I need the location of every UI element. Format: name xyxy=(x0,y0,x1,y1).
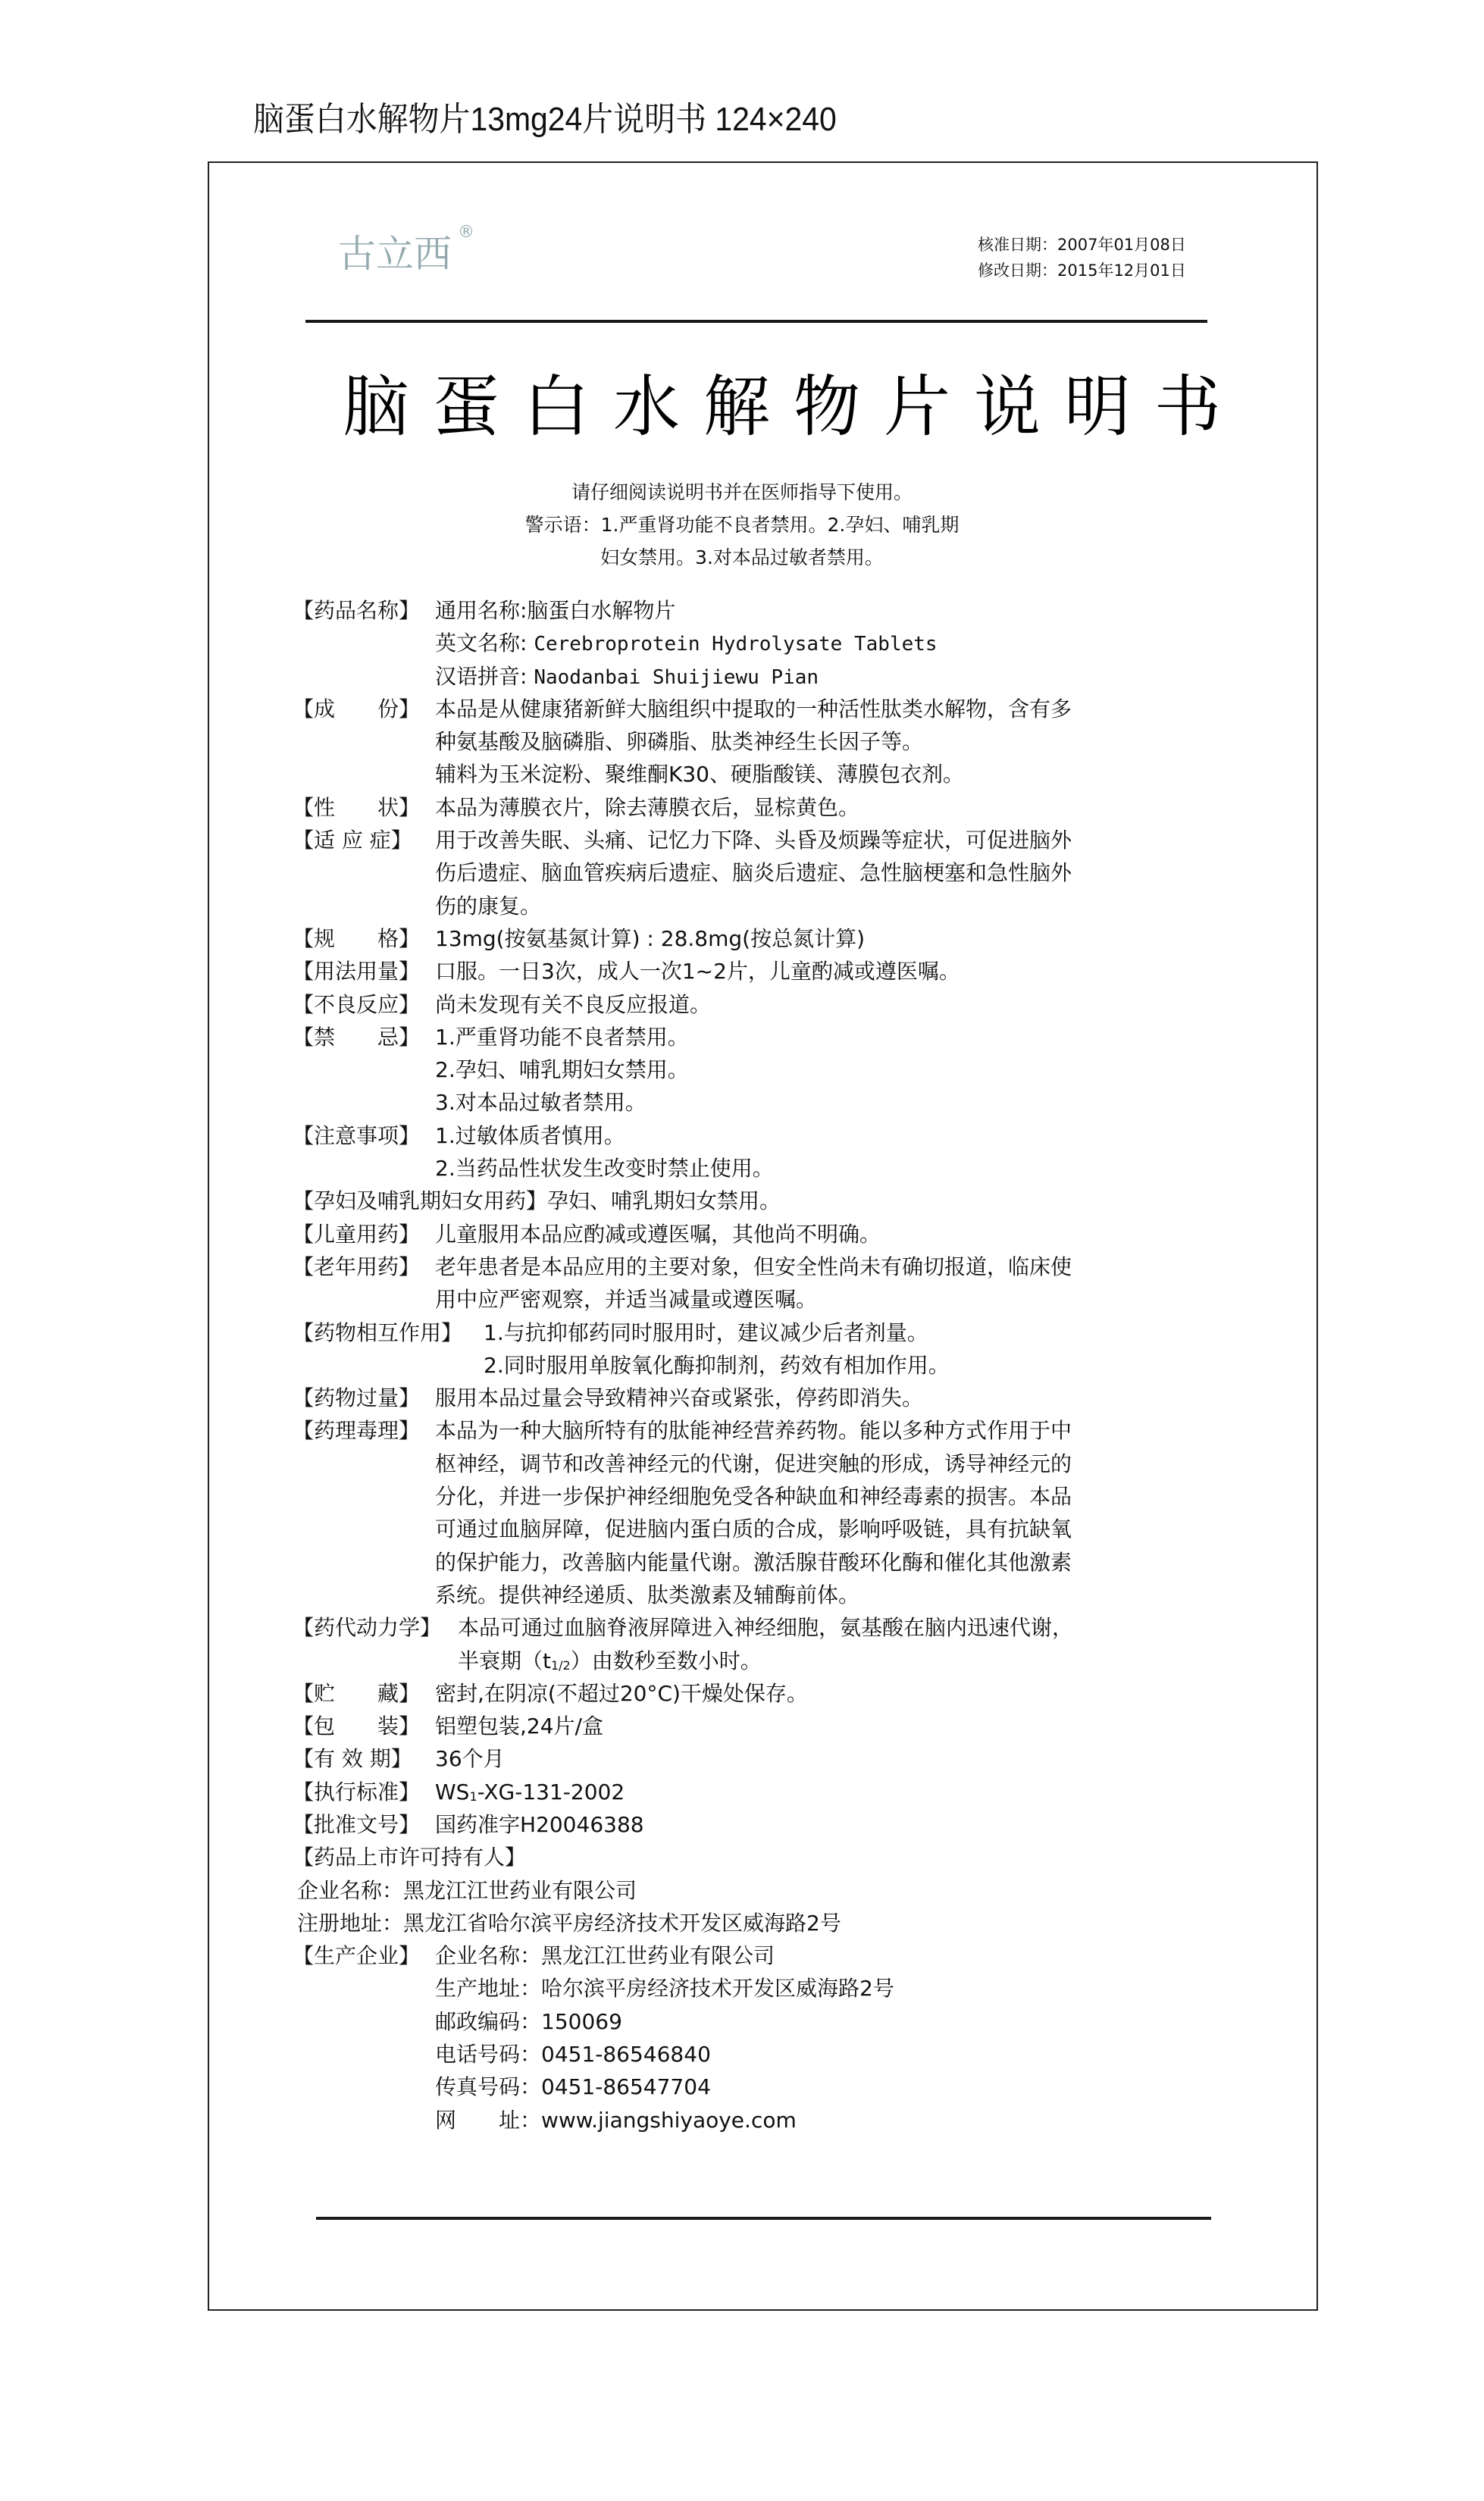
section-label: 【规 格】 xyxy=(293,922,420,955)
section-label: 【药理毒理】 xyxy=(293,1414,420,1447)
section-continuation: 2.当药品性状发生改变时禁止使用。 xyxy=(293,1152,1278,1185)
manufacturer-phone-row: 电话号码：0451-86546840 xyxy=(293,2038,1278,2071)
manufacturer-address: 生产地址：哈尔滨平房经济技术开发区威海路2号 xyxy=(435,1972,894,2005)
revision-date: 修改日期：2015年12月01日 xyxy=(978,258,1186,283)
section-text: 种氨基酸及脑磷脂、卵磷脂、肽类神经生长因子等。 xyxy=(435,725,923,758)
section-text: 36个月 xyxy=(435,1742,505,1775)
section-continuation: 伤后遗症、脑血管疾病后遗症、脑炎后遗症、急性脑梗塞和急性脑外 xyxy=(293,856,1278,889)
notice-line: 妇女禁用。3.对本品过敏者禁用。 xyxy=(0,541,1484,574)
standard-suffix: -XG-131-2002 xyxy=(477,1779,625,1805)
english-name: 英文名称: Cerebroprotein Hydrolysate Tablets xyxy=(435,627,938,661)
section-description: 【性 状】 本品为薄膜衣片，除去薄膜衣后，显棕黄色。 xyxy=(293,791,1278,824)
section-label: 【生产企业】 xyxy=(293,1939,420,1972)
manufacturer-company: 企业名称：黑龙江江世药业有限公司 xyxy=(435,1939,775,1972)
section-contraindications: 【禁 忌】 1.严重肾功能不良者禁用。 xyxy=(293,1021,1278,1053)
section-shelf-life: 【有 效 期】 36个月 xyxy=(293,1742,1278,1775)
section-continuation: 2.同时服用单胺氧化酶抑制剂，药效有相加作用。 xyxy=(293,1349,1278,1382)
section-label: 【执行标准】 xyxy=(293,1776,420,1808)
section-continuation: 半衰期（t1/2）由数秒至数小时。 xyxy=(293,1645,1278,1677)
section-text: 国药准字H20046388 xyxy=(435,1808,644,1841)
registered-mark-icon: ® xyxy=(458,224,474,242)
section-text: 铝塑包装,24片/盒 xyxy=(435,1710,603,1742)
section-label: 【包 装】 xyxy=(293,1710,420,1742)
section-continuation: 分化，并进一步保护神经细胞免受各种缺血和神经毒素的损害。本品 xyxy=(293,1480,1278,1513)
section-text: 孕妇、哺乳期妇女禁用。 xyxy=(547,1188,781,1213)
section-text: 用于改善失眠、头痛、记忆力下降、头昏及烦躁等症状，可促进脑外 xyxy=(435,824,1072,856)
brand-logo: 古立西 ® xyxy=(338,230,452,278)
section-label: 【药品上市许可持有人】 xyxy=(293,1841,526,1873)
section-text: 半衰期（t1/2）由数秒至数小时。 xyxy=(458,1645,762,1682)
section-label: 【药物相互作用】 xyxy=(293,1316,462,1349)
mah-company: 企业名称：黑龙江江世药业有限公司 xyxy=(297,1874,637,1907)
mah-address: 注册地址：黑龙江省哈尔滨平房经济技术开发区威海路2号 xyxy=(297,1907,841,1939)
section-text: 的保护能力，改善脑内能量代谢。激活腺苷酸环化酶和催化其他激素 xyxy=(435,1546,1072,1579)
section-continuation: 3.对本品过敏者禁用。 xyxy=(293,1086,1278,1119)
half-life-prefix: 半衰期（t xyxy=(458,1648,551,1673)
section-geriatric: 【老年用药】 老年患者是本品应用的主要对象，但安全性尚未有确切报道，临床使 xyxy=(293,1250,1278,1283)
section-text: WS1-XG-131-2002 xyxy=(435,1776,625,1813)
section-continuation: 伤的康复。 xyxy=(293,890,1278,922)
generic-name: 通用名称:脑蛋白水解物片 xyxy=(435,594,675,627)
standard-subscript: 1 xyxy=(469,1789,477,1804)
section-text: 分化，并进一步保护神经细胞免受各种缺血和神经毒素的损害。本品 xyxy=(435,1480,1072,1513)
section-storage: 【贮 藏】 密封,在阴凉(不超过20°C)干燥处保存。 xyxy=(293,1677,1278,1710)
section-label: 【孕妇及哺乳期妇女用药】孕妇、哺乳期妇女禁用。 xyxy=(293,1185,781,1217)
top-divider xyxy=(305,320,1207,323)
pinyin-value: Naodanbai Shuijiewu Pian xyxy=(534,666,819,689)
section-continuation: 系统。提供神经递质、肽类激素及辅酶前体。 xyxy=(293,1579,1278,1611)
section-text: 伤后遗症、脑血管疾病后遗症、脑炎后遗症、急性脑梗塞和急性脑外 xyxy=(435,856,1072,889)
section-text: 本品可通过血脑脊液屏障进入神经细胞，氨基酸在脑内迅速代谢， xyxy=(458,1611,1073,1644)
section-text: 本品是从健康猪新鲜大脑组织中提取的一种活性肽类水解物，含有多 xyxy=(435,693,1072,725)
section-label: 【贮 藏】 xyxy=(293,1677,420,1710)
pinyin-name-row: 汉语拼音: Naodanbai Shuijiewu Pian xyxy=(293,660,1278,693)
section-text: 口服。一日3次，成人一次1~2片，儿童酌减或遵医嘱。 xyxy=(435,955,960,988)
section-text: 1.严重肾功能不良者禁用。 xyxy=(435,1021,689,1053)
section-text: 系统。提供神经递质、肽类激素及辅酶前体。 xyxy=(435,1579,859,1611)
section-manufacturer: 【生产企业】 企业名称：黑龙江江世药业有限公司 xyxy=(293,1939,1278,1972)
manufacturer-fax: 传真号码：0451-86547704 xyxy=(435,2071,711,2103)
half-life-subscript: 1/2 xyxy=(551,1658,571,1673)
section-text: 1.与抗抑郁药同时服用时，建议减少后者剂量。 xyxy=(484,1316,928,1349)
section-overdose: 【药物过量】 服用本品过量会导致精神兴奋或紧张，停药即消失。 xyxy=(293,1382,1278,1414)
mah-address-row: 注册地址：黑龙江省哈尔滨平房经济技术开发区威海路2号 xyxy=(293,1907,1278,1939)
section-label: 【适 应 症】 xyxy=(293,824,412,856)
section-text: 老年患者是本品应用的主要对象，但安全性尚未有确切报道，临床使 xyxy=(435,1250,1072,1283)
section-text: 枢神经，调节和改善神经元的代谢，促进突触的形成，诱导神经元的 xyxy=(435,1448,1072,1480)
section-text: 尚未发现有关不良反应报道。 xyxy=(435,988,711,1021)
section-drug-name: 【药品名称】 通用名称:脑蛋白水解物片 xyxy=(293,594,1278,627)
approval-date: 核准日期：2007年01月08日 xyxy=(978,232,1186,258)
section-label: 【注意事项】 xyxy=(293,1119,420,1152)
section-text: 13mg(按氨基氮计算) : 28.8mg(按总氮计算) xyxy=(435,922,865,955)
section-text: 2.孕妇、哺乳期妇女禁用。 xyxy=(435,1053,689,1086)
section-label: 【不良反应】 xyxy=(293,988,420,1021)
notice-line: 请仔细阅读说明书并在医师指导下使用。 xyxy=(0,476,1484,509)
section-continuation: 的保护能力，改善脑内能量代谢。激活腺苷酸环化酶和催化其他激素 xyxy=(293,1546,1278,1579)
section-text: 3.对本品过敏者禁用。 xyxy=(435,1086,647,1119)
section-pregnancy: 【孕妇及哺乳期妇女用药】孕妇、哺乳期妇女禁用。 xyxy=(293,1185,1278,1217)
section-continuation: 种氨基酸及脑磷脂、卵磷脂、肽类神经生长因子等。 xyxy=(293,725,1278,758)
section-package: 【包 装】 铝塑包装,24片/盒 xyxy=(293,1710,1278,1742)
section-continuation: 2.孕妇、哺乳期妇女禁用。 xyxy=(293,1053,1278,1086)
section-continuation: 辅料为玉米淀粉、聚维酮K30、硬脂酸镁、薄膜包衣剂。 xyxy=(293,758,1278,790)
section-adverse-reactions: 【不良反应】 尚未发现有关不良反应报道。 xyxy=(293,988,1278,1021)
manufacturer-website-link[interactable]: 网 址：www.jiangshiyaoye.com xyxy=(435,2104,797,2136)
leaflet-body: 【药品名称】 通用名称:脑蛋白水解物片 英文名称: Cerebroprotein… xyxy=(293,594,1278,2136)
section-text: 本品为薄膜衣片，除去薄膜衣后，显棕黄色。 xyxy=(435,791,859,824)
pinyin-label: 汉语拼音: xyxy=(435,664,534,689)
section-precautions: 【注意事项】 1.过敏体质者慎用。 xyxy=(293,1119,1278,1152)
section-text: 可通过血脑屏障，促进脑内蛋白质的合成，影响呼吸链，具有抗缺氧 xyxy=(435,1513,1072,1545)
main-title: 脑蛋白水解物片说明书 xyxy=(343,365,1244,449)
bottom-divider xyxy=(316,2217,1211,2220)
section-text: 2.同时服用单胺氧化酶抑制剂，药效有相加作用。 xyxy=(484,1349,950,1382)
section-text: 辅料为玉米淀粉、聚维酮K30、硬脂酸镁、薄膜包衣剂。 xyxy=(435,758,964,790)
section-text: 儿童服用本品应酌减或遵医嘱，其他尚不明确。 xyxy=(435,1218,881,1250)
english-name-value: Cerebroprotein Hydrolysate Tablets xyxy=(534,633,937,656)
pinyin-name: 汉语拼音: Naodanbai Shuijiewu Pian xyxy=(435,660,819,694)
section-pharmacokinetics: 【药代动力学】 本品可通过血脑脊液屏障进入神经细胞，氨基酸在脑内迅速代谢， xyxy=(293,1611,1278,1644)
section-text: 2.当药品性状发生改变时禁止使用。 xyxy=(435,1152,774,1185)
section-label: 【用法用量】 xyxy=(293,955,420,988)
brand-name: 古立西 xyxy=(338,232,452,276)
section-continuation: 枢神经，调节和改善神经元的代谢，促进突触的形成，诱导神经元的 xyxy=(293,1448,1278,1480)
warning-notice: 请仔细阅读说明书并在医师指导下使用。 警示语：1.严重肾功能不良者禁用。2.孕妇… xyxy=(0,476,1484,574)
section-indications: 【适 应 症】 用于改善失眠、头痛、记忆力下降、头昏及烦躁等症状，可促进脑外 xyxy=(293,824,1278,856)
manufacturer-postcode-row: 邮政编码：150069 xyxy=(293,2005,1278,2038)
section-dosage: 【用法用量】 口服。一日3次，成人一次1~2片，儿童酌减或遵医嘱。 xyxy=(293,955,1278,988)
section-label: 【成 份】 xyxy=(293,693,420,725)
section-label: 【老年用药】 xyxy=(293,1250,420,1283)
section-label-text: 【孕妇及哺乳期妇女用药】 xyxy=(293,1188,547,1213)
section-label: 【批准文号】 xyxy=(293,1808,420,1841)
section-label: 【有 效 期】 xyxy=(293,1742,412,1775)
manufacturer-postcode: 邮政编码：150069 xyxy=(435,2005,622,2038)
mah-company-row: 企业名称：黑龙江江世药业有限公司 xyxy=(293,1874,1278,1907)
manufacturer-website-row: 网 址：www.jiangshiyaoye.com xyxy=(293,2104,1278,2136)
section-continuation: 用中应严密观察，并适当减量或遵医嘱。 xyxy=(293,1283,1278,1316)
section-text: 本品为一种大脑所特有的肽能神经营养药物。能以多种方式作用于中 xyxy=(435,1414,1072,1447)
section-text: 1.过敏体质者慎用。 xyxy=(435,1119,625,1152)
section-ingredients: 【成 份】 本品是从健康猪新鲜大脑组织中提取的一种活性肽类水解物，含有多 xyxy=(293,693,1278,725)
dates-block: 核准日期：2007年01月08日 修改日期：2015年12月01日 xyxy=(978,232,1186,283)
english-name-row: 英文名称: Cerebroprotein Hydrolysate Tablets xyxy=(293,627,1278,659)
section-label: 【药代动力学】 xyxy=(293,1611,441,1644)
section-label: 【药品名称】 xyxy=(293,594,420,627)
section-standard: 【执行标准】 WS1-XG-131-2002 xyxy=(293,1776,1278,1808)
manufacturer-address-row: 生产地址：哈尔滨平房经济技术开发区威海路2号 xyxy=(293,1972,1278,2005)
section-text: 用中应严密观察，并适当减量或遵医嘱。 xyxy=(435,1283,817,1316)
section-approval-number: 【批准文号】 国药准字H20046388 xyxy=(293,1808,1278,1841)
section-interactions: 【药物相互作用】 1.与抗抑郁药同时服用时，建议减少后者剂量。 xyxy=(293,1316,1278,1349)
section-text: 伤的康复。 xyxy=(435,890,541,922)
section-text: 服用本品过量会导致精神兴奋或紧张，停药即消失。 xyxy=(435,1382,923,1414)
section-specification: 【规 格】 13mg(按氨基氮计算) : 28.8mg(按总氮计算) xyxy=(293,922,1278,955)
section-text: 密封,在阴凉(不超过20°C)干燥处保存。 xyxy=(435,1677,808,1710)
section-pharmacology: 【药理毒理】 本品为一种大脑所特有的肽能神经营养药物。能以多种方式作用于中 xyxy=(293,1414,1278,1447)
section-continuation: 可通过血脑屏障，促进脑内蛋白质的合成，影响呼吸链，具有抗缺氧 xyxy=(293,1513,1278,1545)
half-life-suffix: ）由数秒至数小时。 xyxy=(571,1648,762,1673)
section-label: 【药物过量】 xyxy=(293,1382,420,1414)
section-mah: 【药品上市许可持有人】 xyxy=(293,1841,1278,1873)
notice-line: 警示语：1.严重肾功能不良者禁用。2.孕妇、哺乳期 xyxy=(0,509,1484,541)
section-label: 【性 状】 xyxy=(293,791,420,824)
standard-prefix: WS xyxy=(435,1779,469,1805)
english-name-label: 英文名称: xyxy=(435,631,534,656)
manufacturer-phone: 电话号码：0451-86546840 xyxy=(435,2038,711,2071)
section-label: 【儿童用药】 xyxy=(293,1218,420,1250)
document-title: 脑蛋白水解物片13mg24片说明书 124×240 xyxy=(253,97,837,142)
manufacturer-fax-row: 传真号码：0451-86547704 xyxy=(293,2071,1278,2103)
section-label: 【禁 忌】 xyxy=(293,1021,420,1053)
section-pediatric: 【儿童用药】 儿童服用本品应酌减或遵医嘱，其他尚不明确。 xyxy=(293,1218,1278,1250)
